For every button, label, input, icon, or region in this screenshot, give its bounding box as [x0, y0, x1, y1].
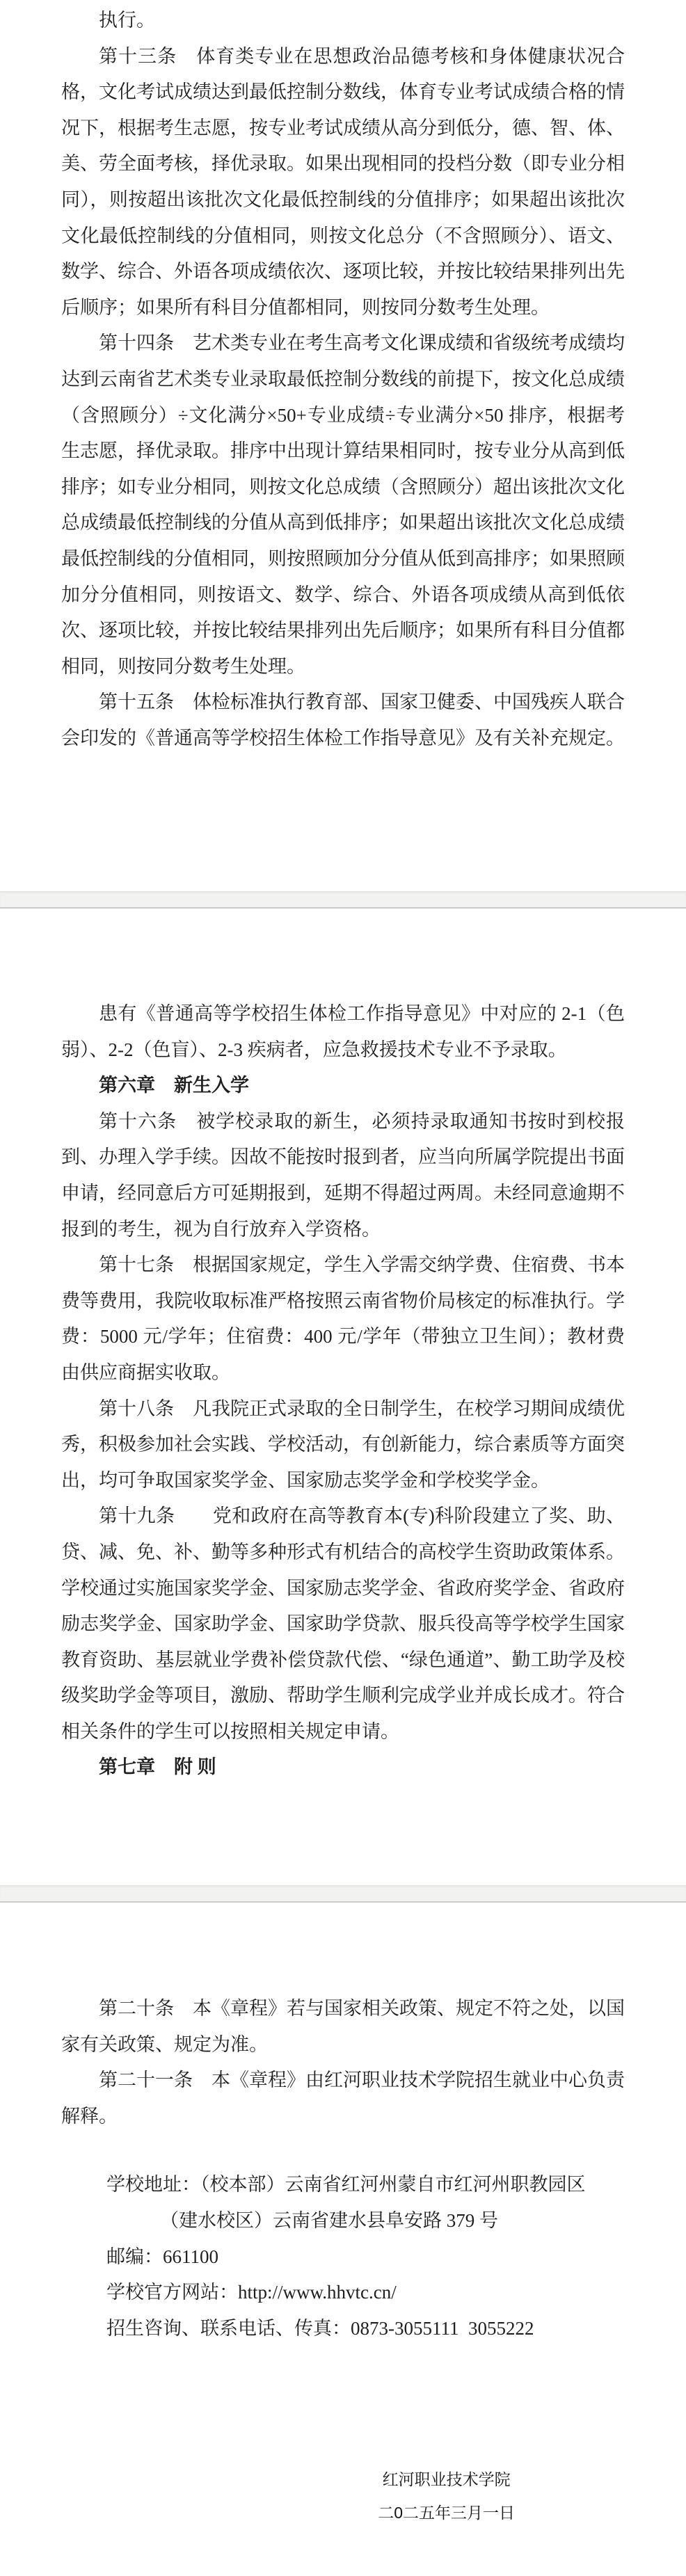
signature-org: 红河职业技术学院: [378, 2463, 515, 2496]
page-2-content: 患有《普通高等学校招生体检工作指导意见》中对应的 2-1（色弱）、2-2（色盲）…: [61, 996, 625, 1786]
paragraph: 第二十条 本《章程》若与国家相关政策、规定不符之处，以国家有关政策、规定为准。: [61, 1991, 625, 2063]
paragraph: 执行。: [61, 3, 625, 39]
paragraph: 第十四条 艺术类专业在考生高考文化课成绩和省级统考成绩均达到云南省艺术类专业录取…: [61, 326, 625, 685]
contact-line: 邮编：661100: [61, 2239, 625, 2275]
contact-line: 学校官方网站：http://www.hhvtc.cn/: [61, 2275, 625, 2311]
paragraph: 第二十一条 本《章程》由红河职业技术学院招生就业中心负责解释。: [61, 2063, 625, 2134]
page-2: 患有《普通高等学校招生体检工作指导意见》中对应的 2-1（色弱）、2-2（色盲）…: [0, 909, 686, 1885]
paragraph: 第十六条 被学校录取的新生，必须持录取通知书按时到校报到、办理入学手续。因故不能…: [61, 1104, 625, 1247]
contact-line: 招生咨询、联系电话、传真：0873-3055111 3055222: [61, 2311, 625, 2347]
page-separator-2: [0, 1885, 686, 1903]
document-viewer: 执行。第十三条 体育类专业在思想政治品德考核和身体健康状况合格，文化考试成绩达到…: [0, 0, 686, 2576]
signature-block: 红河职业技术学院 二0二五年三月一日: [378, 2463, 515, 2529]
page-3-content: 第二十条 本《章程》若与国家相关政策、规定不符之处，以国家有关政策、规定为准。第…: [61, 1991, 625, 2134]
contact-line: （建水校区）云南省建水县阜安路 379 号: [61, 2203, 625, 2239]
paragraph: 第十三条 体育类专业在思想政治品德考核和身体健康状况合格，文化考试成绩达到最低控…: [61, 39, 625, 326]
contact-block: 学校地址：（校本部）云南省红河州蒙自市红河州职教园区（建水校区）云南省建水县阜安…: [61, 2167, 625, 2346]
paragraph: 第十七条 根据国家规定，学生入学需交纳学费、住宿费、书本费等费用，我院收取标准严…: [61, 1247, 625, 1391]
chapter-heading: 第六章 新生入学: [61, 1068, 625, 1104]
page-1-content: 执行。第十三条 体育类专业在思想政治品德考核和身体健康状况合格，文化考试成绩达到…: [61, 3, 625, 756]
paragraph: 第十九条 党和政府在高等教育本(专)科阶段建立了奖、助、贷、减、免、补、勤等多种…: [61, 1498, 625, 1750]
paragraph: 第十五条 体检标准执行教育部、国家卫健委、中国残疾人联合会印发的《普通高等学校招…: [61, 685, 625, 756]
page-1: 执行。第十三条 体育类专业在思想政治品德考核和身体健康状况合格，文化考试成绩达到…: [0, 0, 686, 891]
chapter-heading: 第七章 附 则: [61, 1750, 625, 1786]
paragraph: 第十八条 凡我院正式录取的全日制学生，在校学习期间成绩优秀，积极参加社会实践、学…: [61, 1391, 625, 1499]
page-3: 第二十条 本《章程》若与国家相关政策、规定不符之处，以国家有关政策、规定为准。第…: [0, 1903, 686, 2576]
contact-line: 学校地址：（校本部）云南省红河州蒙自市红河州职教园区: [61, 2167, 625, 2203]
page-separator-1: [0, 891, 686, 909]
signature-date: 二0二五年三月一日: [378, 2496, 515, 2529]
paragraph: 患有《普通高等学校招生体检工作指导意见》中对应的 2-1（色弱）、2-2（色盲）…: [61, 996, 625, 1068]
